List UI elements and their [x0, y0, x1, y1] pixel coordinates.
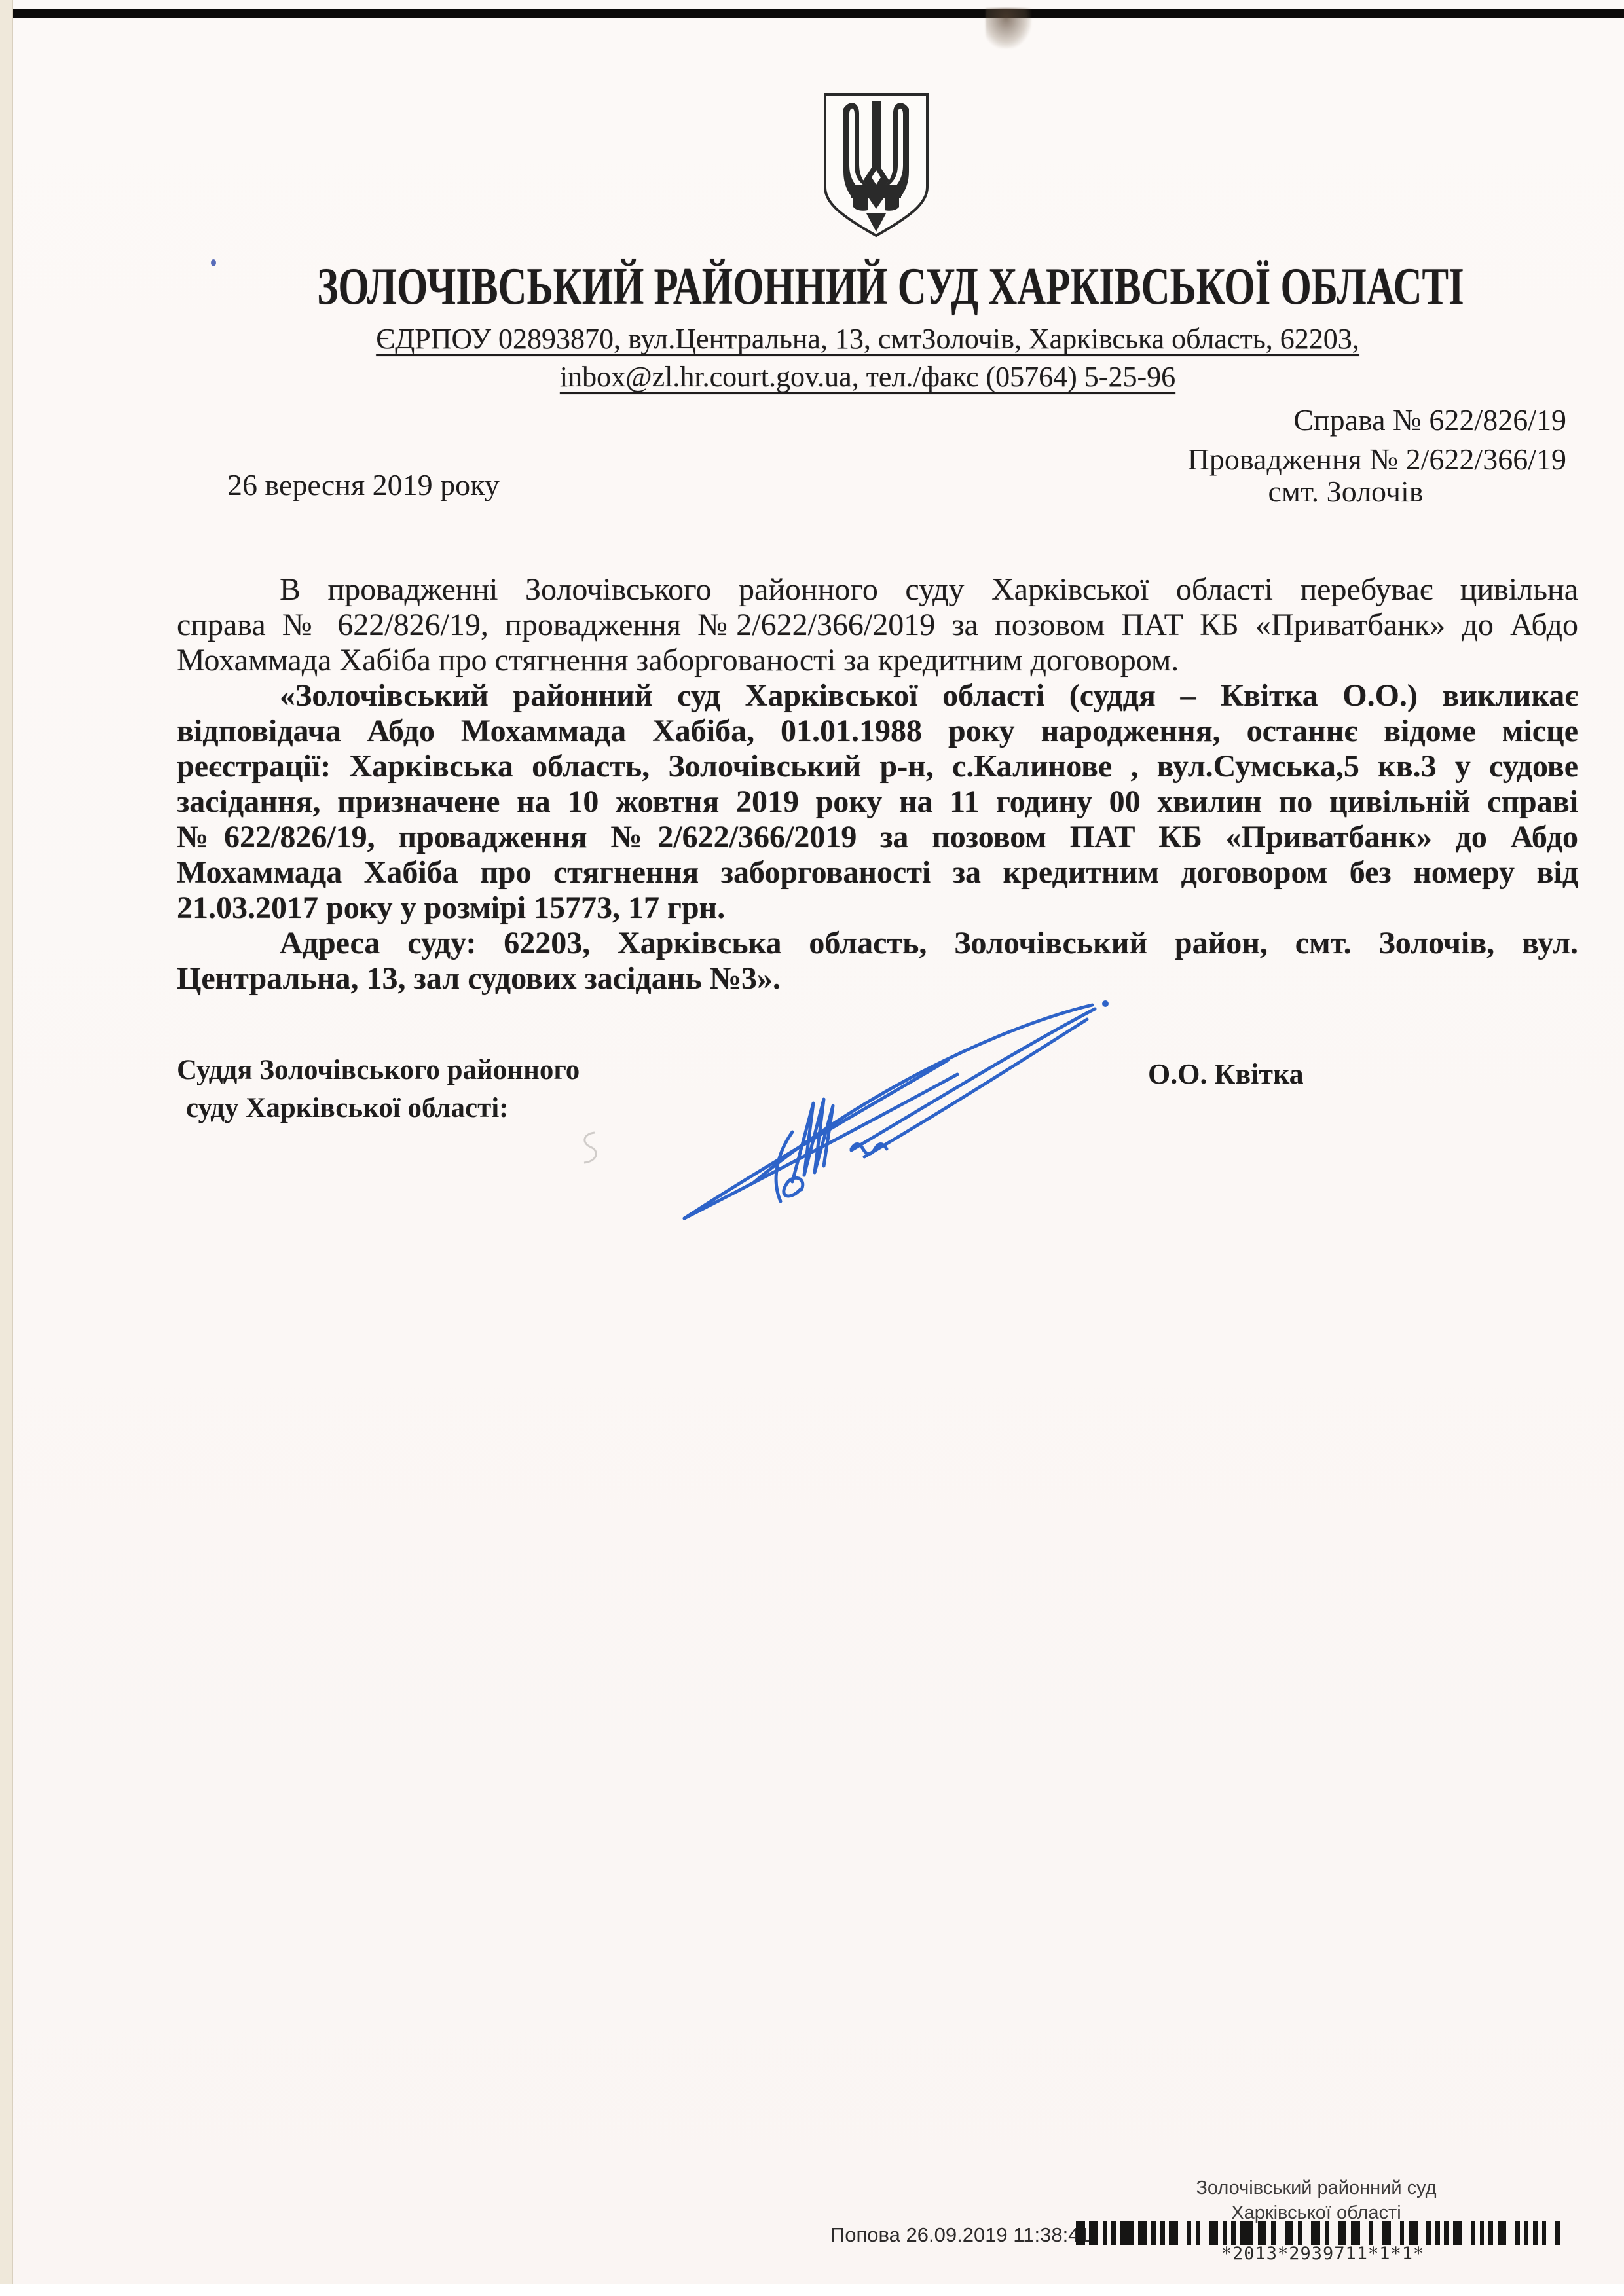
- text-line: відповідача Абдо Мохаммада Хабіба, 01.01…: [177, 714, 1578, 749]
- barcode-bar: [1089, 2221, 1098, 2245]
- barcode-bar: [1426, 2221, 1431, 2245]
- barcode-bar: [1160, 2221, 1165, 2245]
- ukraine-trident-emblem-icon: [822, 92, 931, 240]
- footer-court-line1: Золочівський районний суд: [1153, 2176, 1480, 2200]
- judge-name: О.О. Квітка: [1148, 1055, 1304, 1093]
- barcode-bar: [1369, 2221, 1373, 2245]
- barcode-bar: [1444, 2221, 1449, 2245]
- barcode-gap: [1191, 2221, 1196, 2245]
- scanner-edge-left: [0, 0, 13, 2284]
- barcode-bar: [1524, 2221, 1528, 2245]
- barcode-bar: [1271, 2221, 1276, 2245]
- barcode-bar: [1209, 2221, 1218, 2245]
- barcode-bar: [1151, 2221, 1156, 2245]
- barcode-gap: [1107, 2221, 1111, 2245]
- barcode-bar: [1400, 2221, 1405, 2245]
- barcode-bar: [1488, 2221, 1493, 2245]
- handwritten-signature-ink: [655, 985, 1113, 1224]
- barcode-gap: [1560, 2221, 1569, 2245]
- faint-pen-mark: [575, 1127, 601, 1167]
- barcode: [1076, 2221, 1568, 2245]
- barcode-gap: [1418, 2221, 1427, 2245]
- barcode-bar: [1169, 2221, 1178, 2245]
- barcode-gap: [1462, 2221, 1471, 2245]
- proceeding-number: Провадження № 2/622/366/19: [1188, 440, 1566, 479]
- barcode-bar: [1325, 2221, 1329, 2245]
- text-line: Мохаммада Хабіба про стягнення заборгова…: [177, 855, 1578, 890]
- body-paragraphs: В провадженні Золочівського районного су…: [177, 572, 1578, 996]
- barcode-bar: [1103, 2221, 1107, 2245]
- barcode-gap: [1293, 2221, 1298, 2245]
- case-number: Справа № 622/826/19: [1188, 401, 1566, 440]
- barcode-gap: [1475, 2221, 1480, 2245]
- document-place: смт. Золочів: [1261, 474, 1431, 509]
- barcode-bar: [1435, 2221, 1440, 2245]
- barcode-bar: [1382, 2221, 1392, 2245]
- barcode-gap: [1506, 2221, 1515, 2245]
- barcode-gap: [1165, 2221, 1170, 2245]
- barcode-bar: [1311, 2221, 1320, 2245]
- paragraph: «Золочівський районний суд Харківської о…: [177, 678, 1578, 926]
- barcode-bar: [1498, 2221, 1507, 2245]
- barcode-gap: [1218, 2221, 1223, 2245]
- barcode-gap: [1528, 2221, 1533, 2245]
- barcode-gap: [1449, 2221, 1453, 2245]
- barcode-gap: [1520, 2221, 1524, 2245]
- barcode-gap: [1200, 2221, 1209, 2245]
- scanner-edge-top: [0, 9, 1624, 18]
- barcode-bar: [1231, 2221, 1236, 2245]
- barcode-gap: [1156, 2221, 1160, 2245]
- text-line: засідання, призначене на 10 жовтня 2019 …: [177, 784, 1578, 820]
- court-title: ЗОЛОЧІВСЬКИЙ РАЙОННИЙ СУД ХАРКІВСЬКОЇ ОБ…: [299, 259, 1483, 314]
- barcode-bar: [1258, 2221, 1267, 2245]
- barcode-gap: [1236, 2221, 1240, 2245]
- barcode-bar: [1409, 2221, 1418, 2245]
- paragraph: В провадженні Золочівського районного су…: [177, 572, 1578, 678]
- scanner-edge-bottom: [0, 2284, 1624, 2296]
- barcode-bar: [1338, 2221, 1347, 2245]
- barcode-gap: [1178, 2221, 1187, 2245]
- barcode-bar: [1076, 2221, 1085, 2245]
- barcode-gap: [1373, 2221, 1382, 2245]
- barcode-bar: [1515, 2221, 1520, 2245]
- barcode-gap: [1085, 2221, 1090, 2245]
- barcode-bar: [1223, 2221, 1227, 2245]
- barcode-gap: [1346, 2221, 1351, 2245]
- barcode-gap: [1360, 2221, 1369, 2245]
- text-line: Адреса суду: 62203, Харківська область, …: [177, 926, 1578, 961]
- footer-court-stamp: Золочівський районний суд Харківської об…: [1153, 2176, 1480, 2225]
- barcode-gap: [1538, 2221, 1542, 2245]
- barcode-bar: [1480, 2221, 1485, 2245]
- barcode-bar: [1533, 2221, 1538, 2245]
- barcode-gap: [1276, 2221, 1285, 2245]
- barcode-value: *2013*2939711*1*1*: [1139, 2244, 1506, 2264]
- barcode-gap: [1320, 2221, 1325, 2245]
- barcode-gap: [1391, 2221, 1400, 2245]
- court-contact-line: inbox@zl.hr.court.gov.ua, тел./факс (057…: [111, 360, 1624, 393]
- text-line: справа № 622/826/19, провадження №2/622/…: [177, 608, 1578, 643]
- barcode-gap: [1098, 2221, 1103, 2245]
- text-line: 21.03.2017 року у розмірі 15773, 17 грн.: [177, 890, 1578, 926]
- barcode-bar: [1187, 2221, 1191, 2245]
- barcode-bar: [1453, 2221, 1462, 2245]
- scanned-court-document: ЗОЛОЧІВСЬКИЙ РАЙОННИЙ СУД ХАРКІВСЬКОЇ ОБ…: [0, 0, 1624, 2296]
- barcode-bar: [1285, 2221, 1294, 2245]
- case-info-block: Справа № 622/826/19 Провадження № 2/622/…: [1188, 401, 1566, 479]
- document-date: 26 вересня 2019 року: [227, 467, 500, 502]
- barcode-gap: [1116, 2221, 1120, 2245]
- barcode-gap: [1329, 2221, 1338, 2245]
- paper-crease: [20, 18, 20, 2284]
- barcode-bar: [1471, 2221, 1475, 2245]
- barcode-gap: [1493, 2221, 1498, 2245]
- barcode-gap: [1266, 2221, 1271, 2245]
- barcode-gap: [1440, 2221, 1445, 2245]
- barcode-bar: [1542, 2221, 1547, 2245]
- barcode-gap: [1227, 2221, 1231, 2245]
- barcode-bar: [1138, 2221, 1147, 2245]
- barcode-gap: [1302, 2221, 1312, 2245]
- text-line: «Золочівський районний суд Харківської о…: [177, 678, 1578, 714]
- barcode-gap: [1431, 2221, 1435, 2245]
- barcode-bar: [1120, 2221, 1134, 2245]
- barcode-bar: [1196, 2221, 1200, 2245]
- text-line: Мохаммада Хабіба про стягнення заборгова…: [177, 643, 1578, 678]
- barcode-gap: [1147, 2221, 1151, 2245]
- barcode-bar: [1555, 2221, 1560, 2245]
- barcode-gap: [1404, 2221, 1409, 2245]
- text-line: №622/826/19, провадження №2/622/366/2019…: [177, 820, 1578, 855]
- ink-speck: [211, 259, 216, 266]
- barcode-bar: [1351, 2221, 1360, 2245]
- text-line: реєстрації: Харківська область, Золочівс…: [177, 749, 1578, 784]
- barcode-bar: [1298, 2221, 1302, 2245]
- barcode-gap: [1134, 2221, 1138, 2245]
- barcode-gap: [1253, 2221, 1258, 2245]
- barcode-bar: [1240, 2221, 1253, 2245]
- scan-smudge: [986, 8, 1031, 48]
- barcode-gap: [1546, 2221, 1555, 2245]
- court-address-line1: ЄДРПОУ 02893870, вул.Центральна, 13, смт…: [111, 322, 1624, 355]
- operator-stamp: Попова 26.09.2019 11:38:41: [830, 2223, 1091, 2247]
- text-line: В провадженні Золочівського районного су…: [177, 572, 1578, 608]
- barcode-gap: [1484, 2221, 1488, 2245]
- barcode-bar: [1111, 2221, 1116, 2245]
